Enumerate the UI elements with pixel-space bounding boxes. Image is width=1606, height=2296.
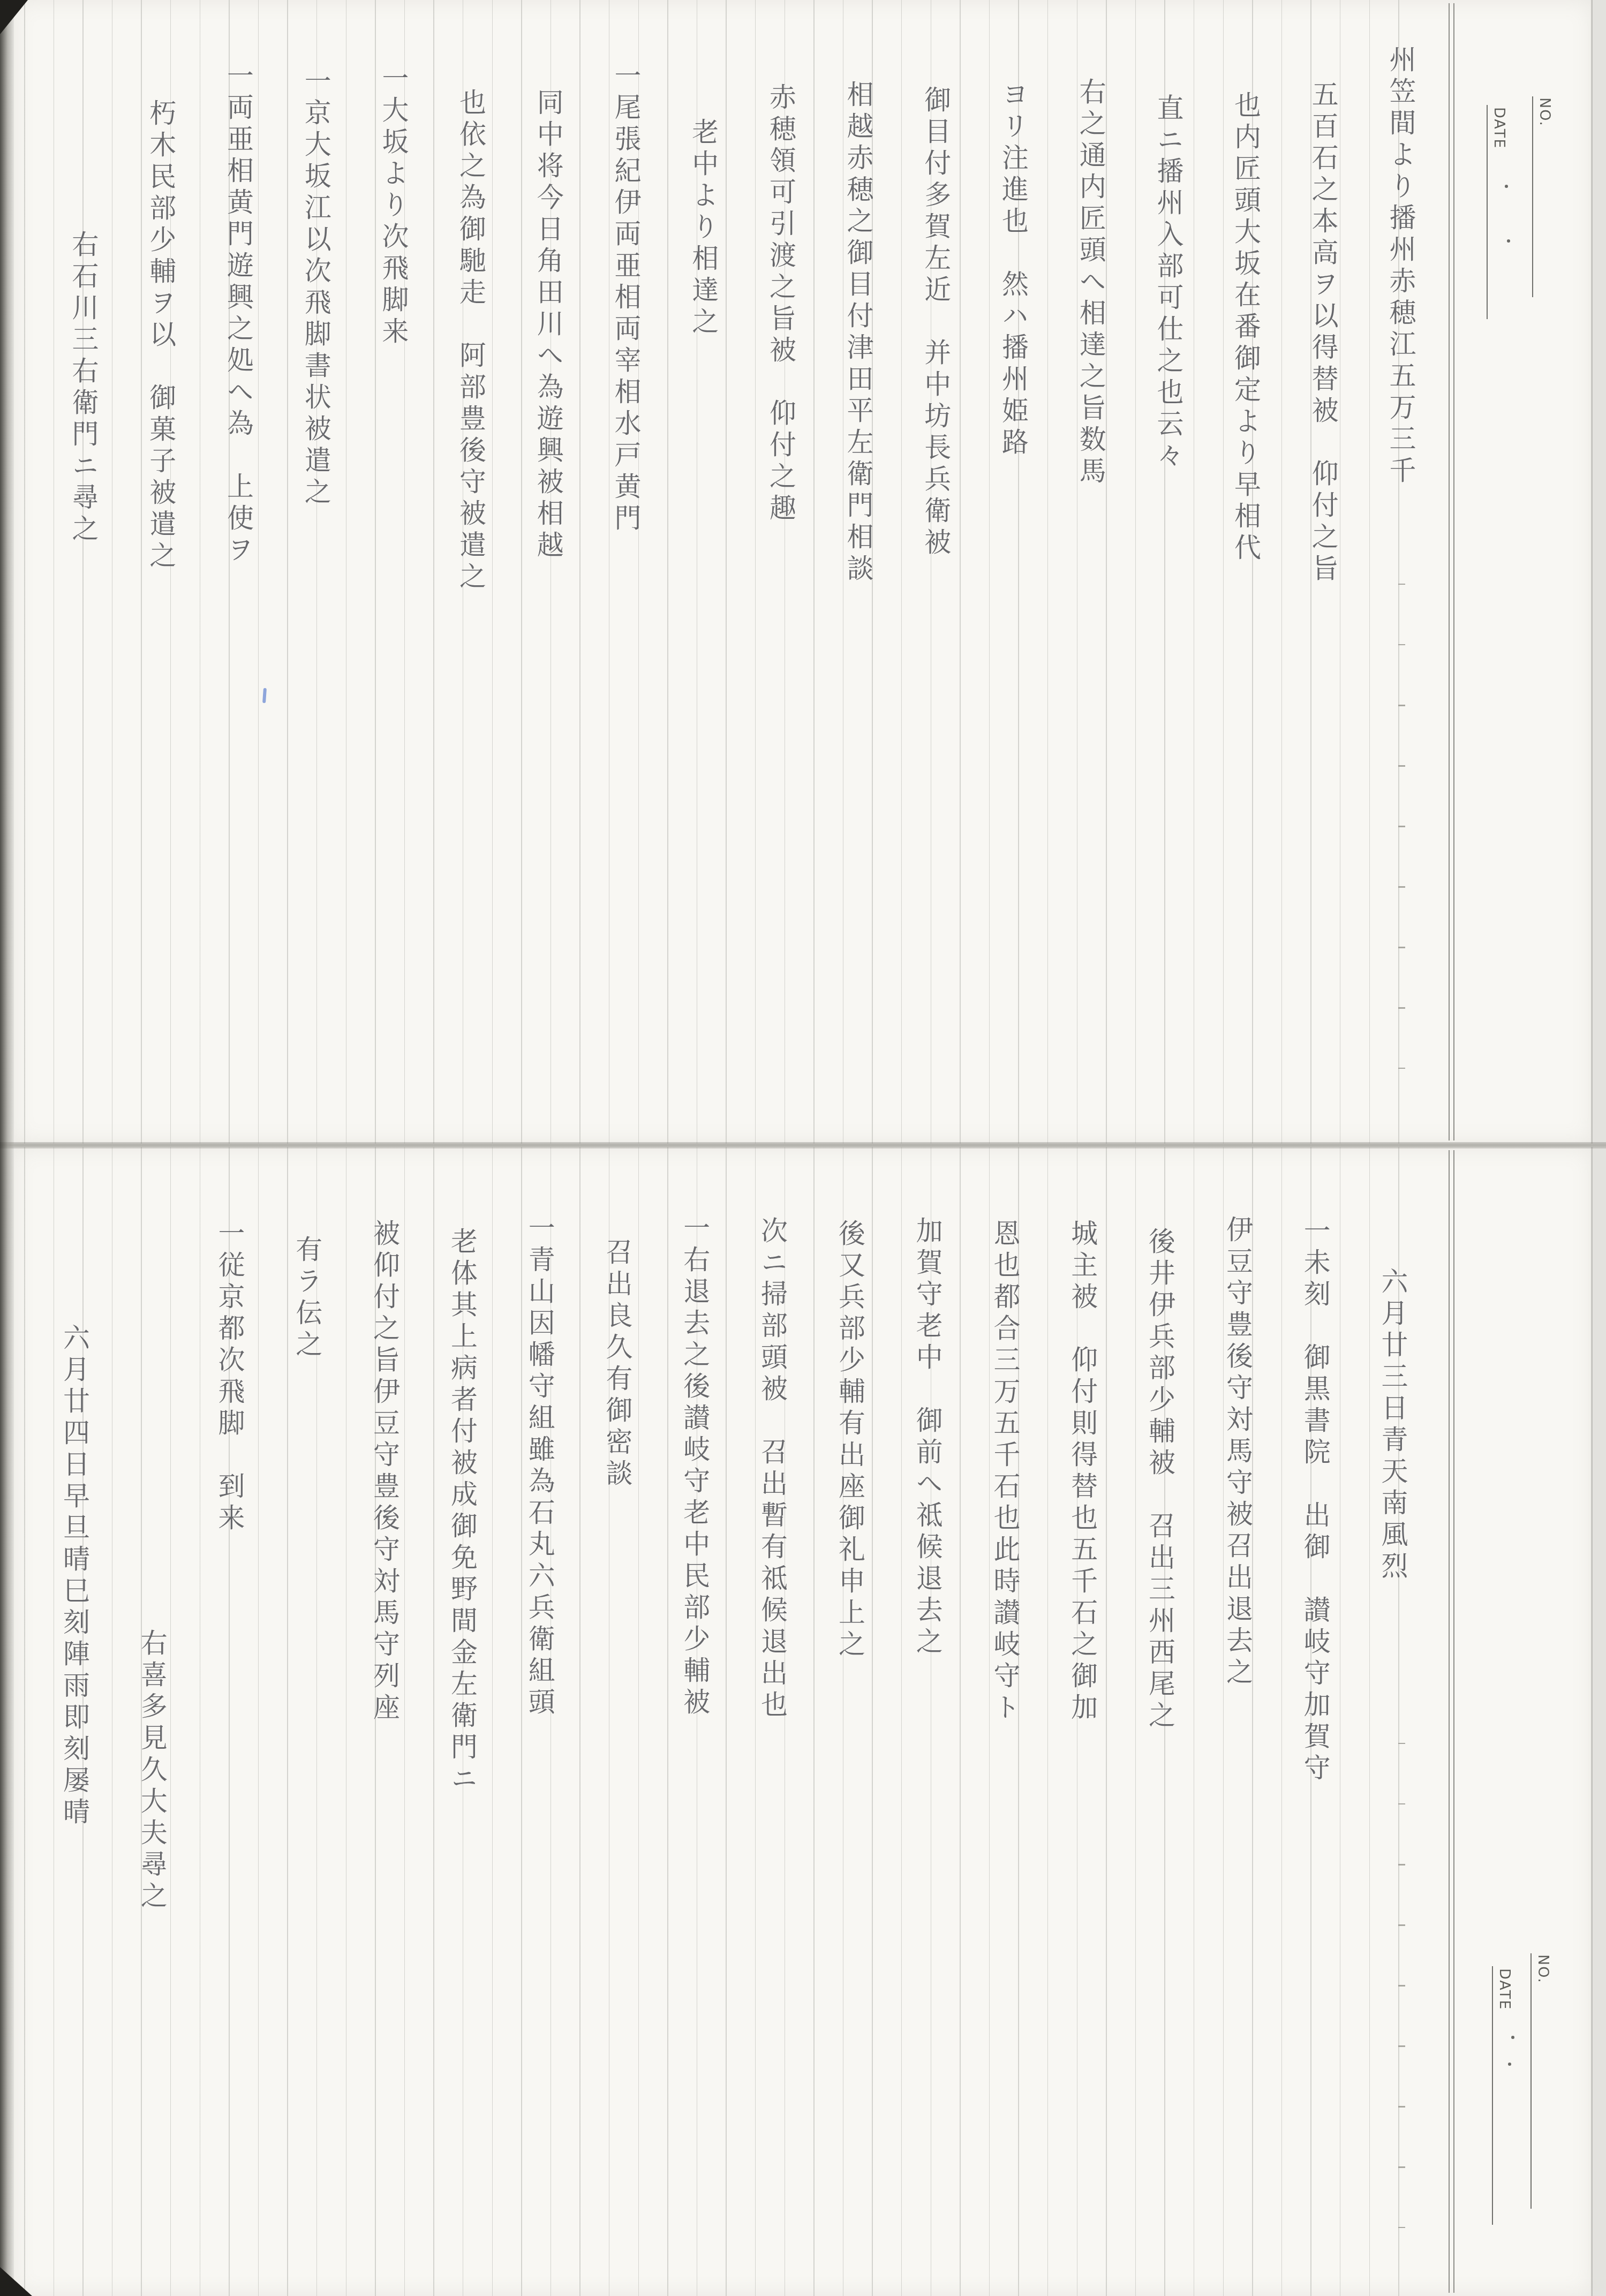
manuscript-column: 後井伊兵部少輔被 召出三州西尾之	[1142, 1227, 1178, 2292]
no-underline	[1530, 1953, 1532, 2209]
manuscript-column: 被仰付之旨伊豆守豊後守対馬守列座	[366, 1219, 403, 2292]
no-underline	[1532, 96, 1533, 297]
manuscript-column: 一右退去之後讃岐守老中民部少輔被	[676, 1214, 713, 2292]
scan-edge-shadow	[0, 0, 14, 2296]
date-underline	[1492, 1966, 1493, 2225]
manuscript-column: 老体其上病者付被成御免野間金左衛門ニ	[443, 1227, 480, 2292]
manuscript-column: 一両亜相黄門遊興之処へ為 上使ヲ	[220, 62, 257, 1139]
manuscript-column: 御目付多賀左近 并中坊長兵衛被	[917, 86, 954, 1139]
scanned-manuscript: { "header": { "no_label": "NO.", "date_l…	[0, 0, 1606, 2296]
manuscript-column: 右之通内匠頭へ相達之旨数馬	[1072, 78, 1109, 1139]
manuscript-column: 同中将今日角田川へ為遊興被相越	[530, 88, 566, 1139]
manuscript-column: 一未刻 御黒書院 出御 讃岐守加賀守	[1296, 1217, 1333, 2292]
date-label: DATE	[1496, 1968, 1513, 2010]
paper-edge	[1591, 1147, 1593, 2296]
manuscript-column: 一京大坂江以次飛脚書状被遣之	[297, 67, 334, 1139]
date-separator-dot	[1507, 239, 1510, 243]
manuscript-column: 六月廿三日青天南風烈	[1374, 1267, 1411, 2292]
manuscript-column: 加賀守老中 御前へ祗候退去之	[909, 1217, 945, 2292]
paper-edge	[1591, 0, 1593, 1144]
notebook-page-bottom: NO. DATE 六月廿三日青天南風烈一未刻 御黒書院 出御 讃岐守加賀守伊豆守…	[14, 1147, 1593, 2296]
no-label: NO.	[1535, 1954, 1551, 1984]
manuscript-column: 六月廿四日早旦晴巳刻陣雨即刻屡晴	[56, 1324, 92, 2292]
manuscript-column: 朽木民部少輔ヲ以 御菓子被遣之	[142, 99, 179, 1139]
manuscript-column: 城主被 仰付則得替也五千石之御加	[1064, 1219, 1100, 2292]
date-label: DATE	[1491, 107, 1507, 149]
date-separator-dot	[1511, 2036, 1514, 2039]
manuscript-column: 一大坂より次飛脚来	[375, 64, 411, 1139]
manuscript-column: 也依之為御馳走 阿部豊後守被遣之	[453, 88, 489, 1139]
manuscript-column: 一従京都次飛脚 到来	[211, 1219, 247, 2292]
notebook-page-top: NO. DATE 州笠間より播州赤穂江五万三千五百石之本高ヲ以得替被 仰付之旨也…	[14, 0, 1593, 1144]
margin-rule-line	[1449, 1150, 1450, 2293]
page-seam-shadow	[0, 1142, 1606, 1149]
date-separator-dot	[1508, 2063, 1511, 2066]
margin-rule-line	[1449, 3, 1450, 1141]
manuscript-column: 也内匠頭大坂在番御定より早相代	[1227, 91, 1264, 1139]
manuscript-column: 州笠間より播州赤穂江五万三千	[1382, 46, 1419, 1139]
manuscript-column: 一青山因幡守組雖為石丸六兵衛組頭	[521, 1214, 557, 2292]
manuscript-column: 次ニ掃部頭被 召出暫有祗候退出也	[754, 1217, 790, 2292]
manuscript-column: 右石川三右衛門ニ尋之	[65, 230, 101, 1139]
manuscript-column: 直ニ播州入部可仕之也云々	[1150, 94, 1186, 1139]
manuscript-column: ヨリ注進也 然ハ播州姫路	[995, 80, 1031, 1139]
manuscript-column: 召出良久有御密談	[599, 1238, 635, 2292]
manuscript-column: 五百石之本高ヲ以得替被 仰付之旨	[1305, 80, 1341, 1139]
manuscript-column: 後又兵部少輔有出座御礼申上之	[831, 1219, 868, 2292]
margin-rule-line	[1453, 1150, 1454, 2293]
date-separator-dot	[1505, 185, 1508, 188]
manuscript-column: 右喜多見久大夫尋之	[133, 1629, 170, 2292]
no-label: NO.	[1536, 97, 1553, 127]
manuscript-column: 老中より相達之	[685, 118, 721, 1139]
margin-rule-line	[1453, 3, 1454, 1141]
manuscript-column: 有ラ伝之	[289, 1235, 325, 2292]
manuscript-column: 伊豆守豊後守対馬守被召出退去之	[1219, 1215, 1255, 2292]
manuscript-column: 赤穂領可引渡之旨被 仰付之趣	[762, 83, 798, 1139]
manuscript-column: 恩也都合三万五千石也此時讃岐守ト	[986, 1219, 1023, 2292]
manuscript-column: 相越赤穂之御目付津田平左衛門相談	[840, 80, 876, 1139]
manuscript-column: 一尾張紀伊両亜相両宰相水戸黄門	[607, 62, 644, 1139]
date-underline	[1487, 105, 1488, 319]
